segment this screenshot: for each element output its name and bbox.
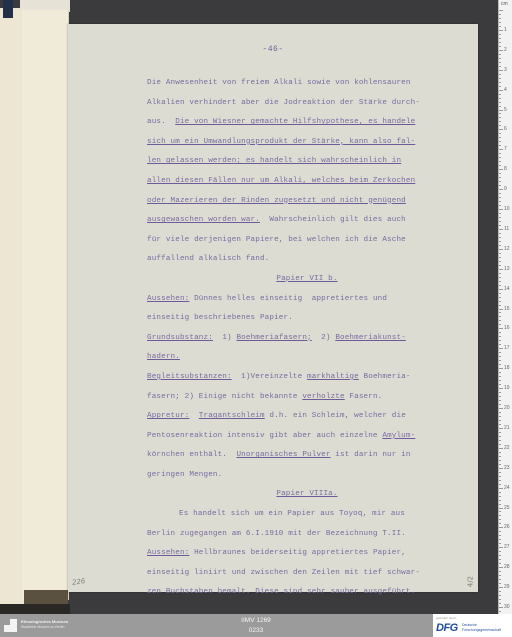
text-line: allen diesen Fällen nur um Alkali, welch…	[147, 172, 467, 192]
ruler-tick	[499, 293, 501, 294]
ruler-label: 10	[504, 206, 510, 212]
ruler-label: 14	[504, 286, 510, 292]
ruler-tick	[499, 229, 503, 230]
ruler-tick	[499, 567, 503, 568]
ruler-tick	[499, 58, 501, 59]
text-run: einseitig beschriebenes Papier.	[147, 314, 293, 322]
ruler-tick	[499, 436, 501, 437]
ruler-tick	[499, 261, 501, 262]
ruler-tick	[499, 145, 501, 146]
ruler-tick	[499, 141, 501, 142]
ruler-tick	[499, 257, 501, 258]
ruler-tick	[499, 344, 501, 345]
ruler-tick	[499, 38, 501, 39]
ruler-tick	[499, 392, 501, 393]
text-run: Berlin zugegangen am 6.I.1910 mit der Be…	[147, 530, 406, 538]
ruler-tick	[499, 129, 503, 130]
ruler-tick	[499, 324, 501, 325]
text-run: auffallend alkalisch fand.	[147, 255, 269, 263]
ruler-tick	[499, 579, 501, 580]
pencil-annotation-right: 4/2	[466, 576, 474, 587]
ruler-tick	[499, 416, 501, 417]
text-run: Dünnes helles einseitig appretiertes und	[189, 295, 387, 303]
ruler-tick	[499, 511, 501, 512]
text-line: Die Anwesenheit von freiem Alkali sowie …	[147, 74, 467, 94]
ruler-label: 20	[504, 405, 510, 411]
ruler-tick	[499, 316, 501, 317]
text-run	[189, 412, 198, 420]
section-heading: Papier VII b.	[147, 270, 467, 290]
ruler-tick	[499, 312, 501, 313]
text-line: Begleitsubstanzen: 1)Vereinzelte markhal…	[147, 368, 467, 388]
underlined-text: allen diesen Fällen nur um Alkali, welch…	[147, 177, 415, 185]
text-run: zen Buchstaben bemalt. Diese sind sehr s…	[147, 588, 415, 596]
text-line: geringen Mengen.	[147, 466, 467, 486]
ruler-tick	[499, 492, 501, 493]
ruler-tick	[499, 14, 501, 15]
ruler-tick	[499, 74, 501, 75]
text-run: 2)	[312, 334, 336, 342]
ruler-tick	[499, 559, 501, 560]
ruler-tick	[499, 444, 501, 445]
ruler-label: 2	[504, 47, 507, 53]
ruler-label: 15	[504, 306, 510, 312]
text-line: auffallend alkalisch fand.	[147, 250, 467, 270]
ruler-tick	[499, 106, 501, 107]
text-run: aus.	[147, 118, 175, 126]
ruler-tick	[499, 98, 501, 99]
ruler-tick	[499, 193, 501, 194]
underlined-text: len gelassen werden; es handelt sich wah…	[147, 157, 401, 165]
underlined-text: Tragantschleim	[199, 412, 265, 420]
ruler-label: 29	[504, 584, 510, 590]
ruler-tick	[499, 555, 501, 556]
text-run: Wahrscheinlich gilt dies auch	[260, 216, 406, 224]
ruler-tick	[499, 26, 501, 27]
ruler-label: 19	[504, 385, 510, 391]
ruler-tick	[499, 488, 503, 489]
underlined-text: Aussehen:	[147, 549, 189, 557]
ruler-tick	[499, 460, 501, 461]
text-line: aus. Die von Wiesner gemachte Hilfshypot…	[147, 113, 467, 133]
ruler-tick	[499, 352, 501, 353]
ruler-tick	[499, 18, 501, 19]
ruler-tick	[499, 396, 501, 397]
ruler-tick	[499, 432, 501, 433]
ruler-tick	[499, 515, 501, 516]
underlined-text: ausgewaschen worden war.	[147, 216, 260, 224]
ruler-tick	[499, 125, 501, 126]
ruler-tick	[499, 121, 501, 122]
sponsor-name: Deutsche Forschungsgemeinschaft	[462, 623, 501, 632]
ruler-tick	[499, 468, 503, 469]
ruler-tick	[499, 587, 503, 588]
ruler-tick	[499, 484, 501, 485]
text-run: ist darin nur in	[331, 451, 411, 459]
ruler-tick	[499, 157, 501, 158]
dfg-logo-icon: DFG	[436, 622, 458, 634]
document-page: -46- Die Anwesenheit von freiem Alkali s…	[68, 24, 478, 592]
text-line: Aussehen: Hellbraunes beiderseitig appre…	[147, 544, 467, 564]
ruler-tick	[499, 277, 501, 278]
ruler-label: 18	[504, 365, 510, 371]
underlined-text: hadern.	[147, 353, 180, 361]
ruler-tick	[499, 54, 501, 55]
text-line: einseitig liniirt und zwischen den Zeile…	[147, 564, 467, 584]
text-run: für viele derjenigen Papiere, bei welche…	[147, 236, 406, 244]
ruler-tick	[499, 376, 501, 377]
ruler-tick	[499, 420, 501, 421]
ruler-label: 24	[504, 485, 510, 491]
ruler-tick	[499, 348, 503, 349]
ruler-tick	[499, 472, 501, 473]
text-line: einseitig beschriebenes Papier.	[147, 309, 467, 329]
ruler-tick	[499, 22, 501, 23]
ruler-tick	[499, 161, 501, 162]
ruler-tick	[499, 356, 501, 357]
ruler-tick	[499, 583, 501, 584]
underlined-text: sich um ein Umwandlungsprodukt der Stärk…	[147, 138, 415, 146]
ruler-tick	[499, 360, 501, 361]
ruler-tick	[499, 82, 501, 83]
underlined-text: Aussehen:	[147, 295, 189, 303]
ruler-tick	[499, 527, 503, 528]
ruler-tick	[499, 273, 501, 274]
page-number: -46-	[68, 45, 478, 54]
pencil-annotation-left: 226	[72, 577, 86, 587]
ruler-tick	[499, 62, 501, 63]
text-run: Fasern.	[345, 393, 383, 401]
ruler-label: 30	[504, 604, 510, 610]
ruler-tick	[499, 221, 501, 222]
binder-shadow	[0, 604, 70, 614]
ruler-tick	[499, 205, 501, 206]
text-line: Aussehen: Dünnes helles einseitig appret…	[147, 290, 467, 310]
text-run: Es handelt sich um ein Papier aus Toyoq,…	[179, 510, 405, 518]
ruler-tick	[499, 225, 501, 226]
text-line: len gelassen werden; es handelt sich wah…	[147, 152, 467, 172]
underlined-text: oder Mazerieren der Rinden zugesetzt und…	[147, 197, 406, 205]
ruler-tick	[499, 480, 501, 481]
ruler-label: 7	[504, 146, 507, 152]
sponsor-name-line-2: Forschungsgemeinschaft	[462, 628, 501, 633]
dfg-sponsor-logo: gefördert durch DFG Deutsche Forschungsg…	[433, 614, 512, 637]
ruler-tick	[499, 336, 501, 337]
ruler-tick	[499, 563, 501, 564]
ruler-tick	[499, 70, 503, 71]
ruler-tick	[499, 66, 501, 67]
text-run: fasern; 2) Einige nicht bekannte	[147, 393, 302, 401]
text-line: Alkalien verhindert aber die Jodreaktion…	[147, 94, 467, 114]
ruler-tick	[499, 404, 501, 405]
ruler-tick	[499, 340, 501, 341]
text-line: Es handelt sich um ein Papier aus Toyoq,…	[147, 505, 467, 525]
ruler-tick	[499, 78, 501, 79]
text-line: oder Mazerieren der Rinden zugesetzt und…	[147, 192, 467, 212]
text-run: Die Anwesenheit von freiem Alkali sowie …	[147, 79, 411, 87]
text-run: Hellbraunes beiderseitig appretiertes Pa…	[189, 549, 406, 557]
text-run: geringen Mengen.	[147, 471, 222, 479]
ruler-label: 6	[504, 126, 507, 132]
ruler-tick	[499, 181, 501, 182]
ruler-tick	[499, 364, 501, 365]
ruler-tick	[499, 94, 501, 95]
ruler-tick	[499, 305, 501, 306]
text-line: Appretur: Tragantschleim d.h. ein Schlei…	[147, 407, 467, 427]
ruler-tick	[499, 117, 501, 118]
ruler-tick	[499, 137, 501, 138]
ruler-tick	[499, 233, 501, 234]
ruler-tick	[499, 237, 501, 238]
ruler-tick	[499, 301, 501, 302]
ruler-tick	[499, 285, 501, 286]
ruler-tick	[499, 519, 501, 520]
ruler-tick	[499, 309, 503, 310]
ruler-tick	[499, 603, 501, 604]
ruler-tick	[499, 289, 503, 290]
ruler-tick	[499, 165, 501, 166]
ruler-tick	[499, 464, 501, 465]
sponsor-label: gefördert durch	[436, 616, 456, 620]
ruler-tick	[499, 249, 503, 250]
ruler-tick	[499, 86, 501, 87]
ruler-tick	[499, 504, 501, 505]
text-line: für viele derjenigen Papiere, bei welche…	[147, 231, 467, 251]
ruler-tick	[499, 169, 503, 170]
underlined-text: Unorganisches Pulver	[236, 451, 330, 459]
ruler-tick	[499, 50, 503, 51]
text-run: Alkalien verhindert aber die Jodreaktion…	[147, 99, 420, 107]
ruler-tick	[499, 508, 503, 509]
ruler-tick	[499, 30, 503, 31]
ruler-tick	[499, 328, 503, 329]
underlined-text: Papier VIIIa.	[276, 490, 337, 498]
text-run: einseitig liniirt und zwischen den Zeile…	[147, 569, 420, 577]
ruler-tick	[499, 110, 503, 111]
underlined-text: Papier VII b.	[276, 275, 337, 283]
ruler-tick	[499, 46, 501, 47]
ruler-label: 26	[504, 524, 510, 530]
ruler-tick	[499, 90, 503, 91]
typewritten-body: Die Anwesenheit von freiem Alkali sowie …	[147, 74, 467, 603]
ruler-label: 3	[504, 67, 507, 73]
ruler-tick	[499, 476, 501, 477]
ruler-tick	[499, 575, 501, 576]
ruler-tick	[499, 269, 503, 270]
ruler-tick	[499, 10, 503, 11]
ruler-tick	[499, 34, 501, 35]
ruler-tick	[499, 173, 501, 174]
ruler-tick	[499, 281, 501, 282]
ruler-tick	[499, 384, 501, 385]
ruler-tick	[499, 539, 501, 540]
underlined-text: Grundsubstanz:	[147, 334, 213, 342]
underlined-text: Amylum-	[382, 432, 415, 440]
ruler-label: 8	[504, 166, 507, 172]
underlined-text: Boehmeriakunst-	[335, 334, 406, 342]
ruler-unit-label: cm	[501, 1, 508, 7]
underlined-text: Die von Wiesner gemachte Hilfshypothese,…	[175, 118, 415, 126]
ruler-tick	[499, 591, 501, 592]
ruler-label: 17	[504, 345, 510, 351]
scan-viewport: -46- Die Anwesenheit von freiem Alkali s…	[0, 0, 512, 614]
ruler-tick	[499, 217, 501, 218]
text-run: 1)Vereinzelte	[232, 373, 307, 381]
ruler-label: 23	[504, 465, 510, 471]
ruler-label: 13	[504, 266, 510, 272]
ruler-tick	[499, 607, 503, 608]
ruler-tick	[499, 102, 501, 103]
text-run: 1)	[213, 334, 237, 342]
text-line: Berlin zugegangen am 6.I.1910 mit der Be…	[147, 525, 467, 545]
underlined-text: Begleitsubstanzen:	[147, 373, 232, 381]
ruler-tick	[499, 297, 501, 298]
text-run: Pentosenreaktion intensiv gibt aber auch…	[147, 432, 382, 440]
ruler-tick	[499, 440, 501, 441]
underlined-text: markhaltige	[307, 373, 359, 381]
ruler-label: 16	[504, 325, 510, 331]
ruler-label: 1	[504, 27, 507, 33]
ruler-tick	[499, 424, 501, 425]
ruler-tick	[499, 523, 501, 524]
ruler-label: 12	[504, 246, 510, 252]
ruler-tick	[499, 189, 503, 190]
ruler-tick	[499, 332, 501, 333]
ruler-tick	[499, 149, 503, 150]
ruler-tick	[499, 320, 501, 321]
ruler-label: 11	[504, 226, 509, 232]
ruler-tick	[499, 368, 503, 369]
ruler-label: 22	[504, 445, 510, 451]
ruler-tick	[499, 380, 501, 381]
ruler-tick	[499, 599, 501, 600]
text-line: körnchen enthält. Unorganisches Pulver i…	[147, 446, 467, 466]
ruler-tick	[499, 213, 501, 214]
ruler-tick	[499, 452, 501, 453]
stacked-leaf-mid	[22, 10, 69, 600]
ruler-tick	[499, 245, 501, 246]
ruler-tick	[499, 153, 501, 154]
text-line: Pentosenreaktion intensiv gibt aber auch…	[147, 427, 467, 447]
ruler-tick	[499, 551, 501, 552]
ruler-tick	[499, 265, 501, 266]
ruler-tick	[499, 201, 501, 202]
ruler-tick	[499, 241, 501, 242]
ruler-tick	[499, 42, 501, 43]
ruler-tick	[499, 133, 501, 134]
ruler-tick	[499, 412, 501, 413]
ruler-tick	[499, 535, 501, 536]
ruler-tick	[499, 456, 501, 457]
text-run: Boehmeria-	[359, 373, 411, 381]
ruler-label: 4	[504, 87, 507, 93]
cm-ruler: cm 1234567891011121314151617181920212223…	[498, 0, 512, 614]
text-line: fasern; 2) Einige nicht bekannte verholz…	[147, 388, 467, 408]
ruler-label: 25	[504, 505, 510, 511]
text-line: zen Buchstaben bemalt. Diese sind sehr s…	[147, 583, 467, 603]
ruler-tick	[499, 531, 501, 532]
ruler-tick	[499, 547, 503, 548]
text-run: körnchen enthält.	[147, 451, 236, 459]
ruler-tick	[499, 428, 503, 429]
ruler-tick	[499, 595, 501, 596]
underlined-text: verholzte	[302, 393, 344, 401]
ruler-tick	[499, 400, 501, 401]
ruler-tick	[499, 388, 503, 389]
ruler-tick	[499, 113, 501, 114]
underlined-text: Boehmeriafasern;	[236, 334, 311, 342]
ruler-tick	[499, 408, 503, 409]
text-line: Grundsubstanz: 1) Boehmeriafasern; 2) Bo…	[147, 329, 467, 349]
text-run: d.h. ein Schleim, welcher die	[265, 412, 406, 420]
ruler-tick	[499, 500, 501, 501]
ruler-tick	[499, 543, 501, 544]
ruler-tick	[499, 611, 501, 612]
ruler-label: 27	[504, 544, 510, 550]
ruler-tick	[499, 209, 503, 210]
text-line: ausgewaschen worden war. Wahrscheinlich …	[147, 211, 467, 231]
folder-edge	[3, 0, 13, 18]
text-line: hadern.	[147, 348, 467, 368]
ruler-tick	[499, 185, 501, 186]
ruler-label: 9	[504, 186, 507, 192]
ruler-tick	[499, 177, 501, 178]
underlined-text: Appretur:	[147, 412, 189, 420]
ruler-label: 28	[504, 564, 510, 570]
ruler-tick	[499, 571, 501, 572]
ruler-tick	[499, 448, 503, 449]
section-heading: Papier VIIIa.	[147, 485, 467, 505]
ruler-tick	[499, 253, 501, 254]
ruler-tick	[499, 372, 501, 373]
ruler-label: 5	[504, 107, 507, 113]
ruler-tick	[499, 197, 501, 198]
text-line: sich um ein Umwandlungsprodukt der Stärk…	[147, 133, 467, 153]
ruler-tick	[499, 496, 501, 497]
ruler-label: 21	[504, 425, 510, 431]
